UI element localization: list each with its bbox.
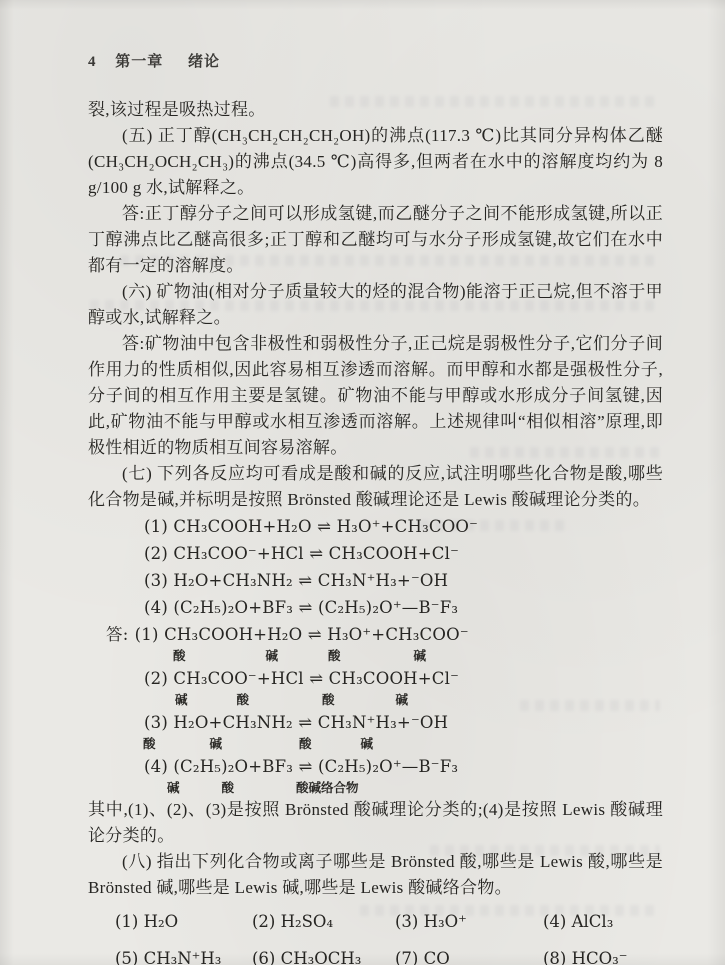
- answer-prefix: 答:: [106, 625, 129, 644]
- acid-base-label: 酸: [322, 692, 335, 709]
- acid-base-label: 酸: [237, 692, 250, 709]
- answer-5-text: 答:正丁醇分子之间可以形成氢键,而乙醚分子之间不能形成氢键,所以正丁醇沸点比乙醚…: [88, 201, 663, 279]
- question-7-text: (七) 下列各反应均可看成是酸和碱的反应,试注明哪些化合物是酸,哪些化合物是碱,…: [88, 461, 663, 513]
- compound-item-2: (2) H₂SO₄: [252, 909, 395, 935]
- acid-base-label: 酸: [222, 780, 235, 797]
- acid-base-labels-1: 酸 碱 酸 碱: [88, 648, 663, 665]
- compound-item-1: (1) H₂O: [115, 909, 252, 935]
- section-title: 绪论: [188, 54, 220, 70]
- reaction-equation-3: (3) H₂O+CH₃NH₂ ⇌ CH₃N⁺H₃+⁻OH: [144, 567, 663, 594]
- acid-base-label: 酸: [299, 736, 312, 753]
- answer-7-equation-1: 答:(1) CH₃COOH+H₂O ⇌ H₃O⁺+CH₃COO⁻: [106, 621, 663, 648]
- compound-item-6: (6) CH₃OCH₃: [252, 946, 395, 965]
- acid-base-labels-2: 碱 酸 酸 碱: [88, 692, 663, 709]
- acid-base-label: 碱: [414, 648, 427, 665]
- page-content: 4 第一章 绪论 裂,该过程是吸热过程。 (五) 正丁醇(CH₃CH₂CH₂CH…: [88, 50, 663, 965]
- acid-base-label: 酸碱络合物: [296, 780, 359, 797]
- answer-7-conclusion: 其中,(1)、(2)、(3)是按照 Brönsted 酸碱理论分类的;(4)是按…: [88, 797, 663, 849]
- acid-base-label: 酸: [173, 648, 186, 665]
- compound-item-7: (7) CO: [395, 946, 543, 965]
- reaction-equation-4: (4) (C₂H₅)₂O+BF₃ ⇌ (C₂H₅)₂O⁺—B⁻F₃: [144, 594, 663, 621]
- answer-7-equation-2: (2) CH₃COO⁻+HCl ⇌ CH₃COOH+Cl⁻: [144, 665, 663, 692]
- acid-base-labels-4: 碱 酸 酸碱络合物: [88, 780, 663, 797]
- paragraph-continuation: 裂,该过程是吸热过程。: [88, 97, 663, 123]
- page-header: 4 第一章 绪论: [88, 50, 663, 71]
- compound-item-4: (4) AlCl₃: [543, 909, 663, 935]
- scanned-textbook-page: 4 第一章 绪论 裂,该过程是吸热过程。 (五) 正丁醇(CH₃CH₂CH₂CH…: [0, 0, 725, 965]
- acid-base-label: 酸: [143, 736, 156, 753]
- compound-list: (1) H₂O (2) H₂SO₄ (3) H₃O⁺ (4) AlCl₃ (5)…: [115, 909, 663, 965]
- acid-base-labels-3: 酸 碱 酸 碱: [88, 736, 663, 753]
- compound-item-5: (5) CH₃N⁺H₃: [115, 946, 252, 965]
- answer-equation-text: (1) CH₃COOH+H₂O ⇌ H₃O⁺+CH₃COO⁻: [135, 625, 469, 644]
- acid-base-label: 碱: [266, 648, 279, 665]
- compound-item-3: (3) H₃O⁺: [395, 909, 543, 935]
- acid-base-label: 碱: [396, 692, 409, 709]
- acid-base-label: 碱: [361, 736, 374, 753]
- answer-6-text: 答:矿物油中包含非极性和弱极性分子,正己烷是弱极性分子,它们分子间作用力的性质相…: [88, 331, 663, 461]
- reaction-equation-1: (1) CH₃COOH+H₂O ⇌ H₃O⁺+CH₃COO⁻: [144, 513, 663, 540]
- acid-base-label: 碱: [175, 692, 188, 709]
- question-6-text: (六) 矿物油(相对分子质量较大的烃的混合物)能溶于正己烷,但不溶于甲醇或水,试…: [88, 279, 663, 331]
- answer-7-equation-4: (4) (C₂H₅)₂O+BF₃ ⇌ (C₂H₅)₂O⁺—B⁻F₃: [144, 753, 663, 780]
- compound-item-8: (8) HCO₃⁻: [543, 946, 663, 965]
- acid-base-label: 碱: [167, 780, 180, 797]
- acid-base-label: 碱: [210, 736, 223, 753]
- answer-7-equation-3: (3) H₂O+CH₃NH₂ ⇌ CH₃N⁺H₃+⁻OH: [144, 709, 663, 736]
- chapter-title: 第一章: [115, 54, 163, 70]
- question-5-text: (五) 正丁醇(CH₃CH₂CH₂CH₂OH)的沸点(117.3 ℃)比其同分异…: [88, 123, 663, 201]
- acid-base-label: 酸: [328, 648, 341, 665]
- page-number: 4: [88, 54, 97, 70]
- reaction-equation-2: (2) CH₃COO⁻+HCl ⇌ CH₃COOH+Cl⁻: [144, 540, 663, 567]
- question-8-text: (八) 指出下列化合物或离子哪些是 Brönsted 酸,哪些是 Lewis 酸…: [88, 849, 663, 901]
